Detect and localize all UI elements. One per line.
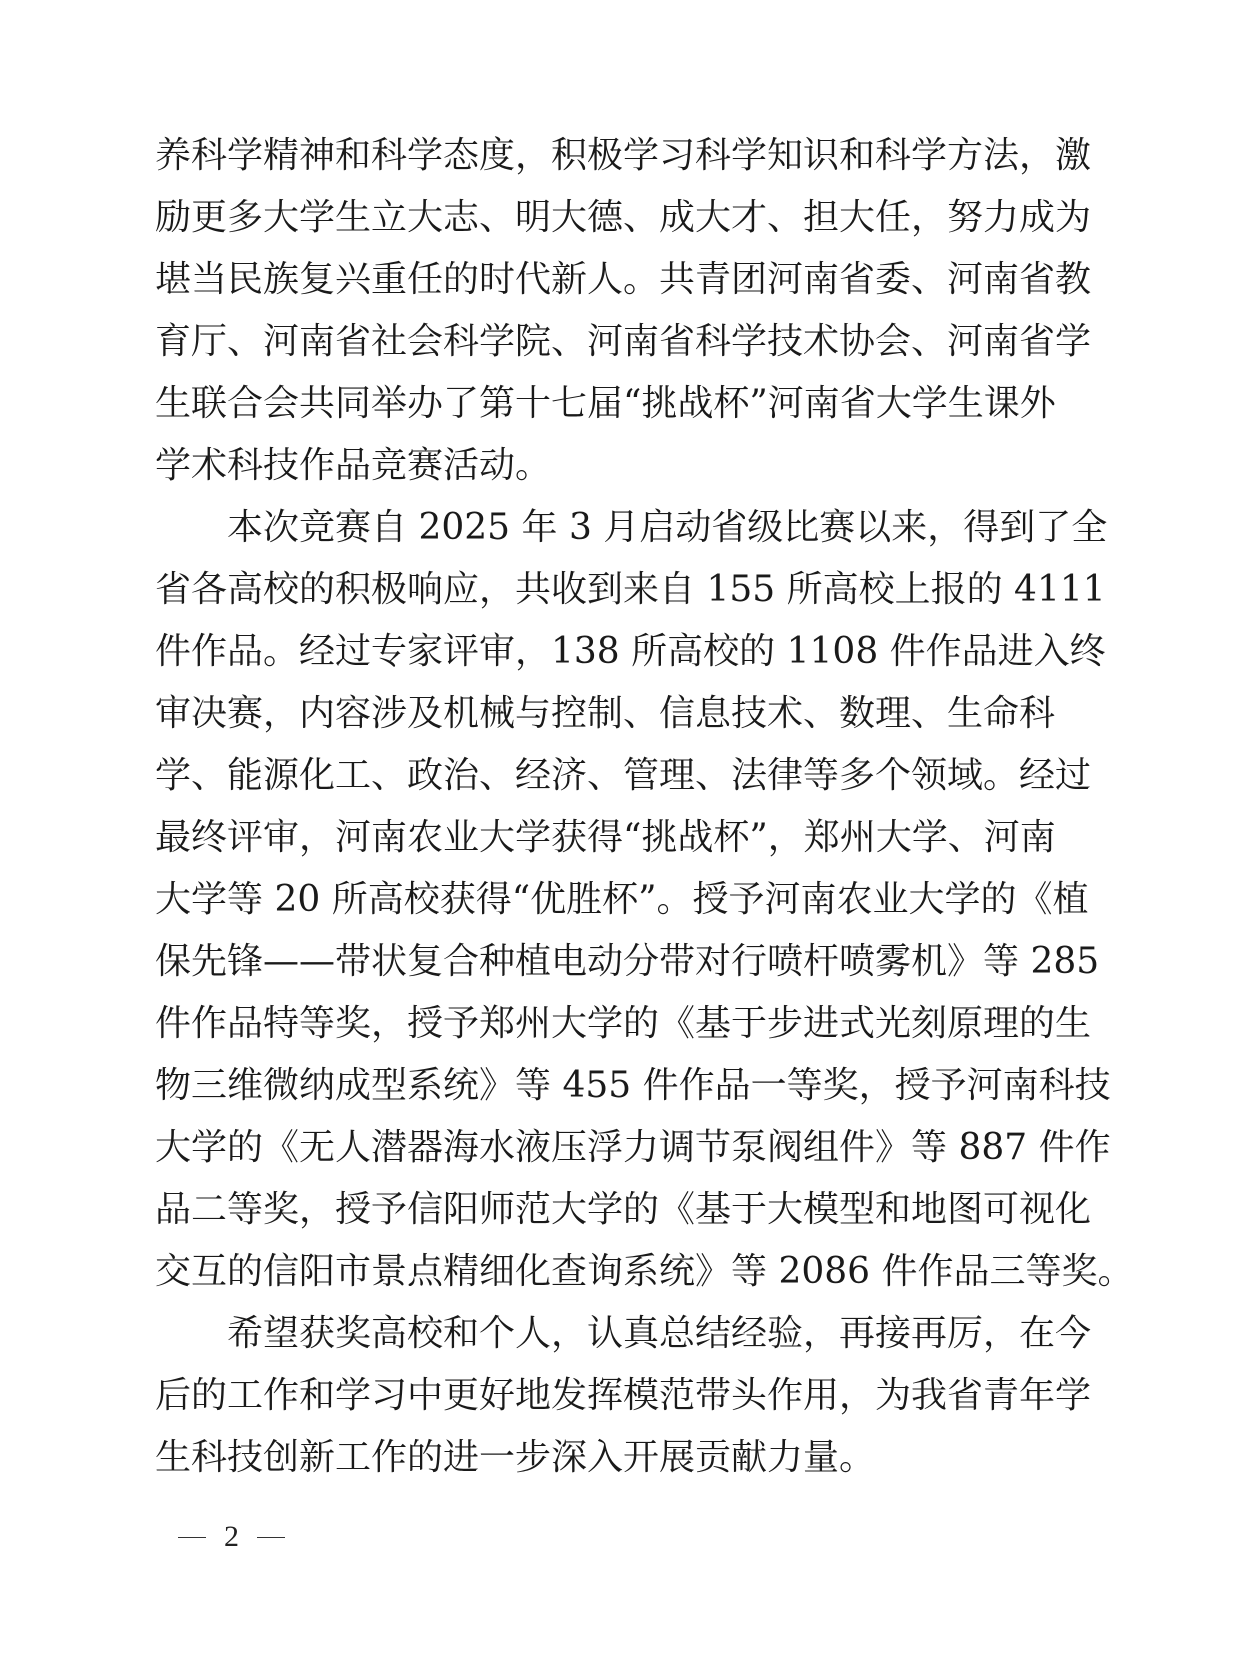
- text-line: 养科学精神和科学态度，积极学习科学知识和科学方法，激: [155, 125, 1030, 187]
- text-line: 大学的《无人潜器海水液压浮力调节泵阀组件》等 887 件作: [155, 1117, 1030, 1179]
- text-line: 堪当民族复兴重任的时代新人。共青团河南省委、河南省教: [155, 249, 1030, 311]
- text-line: 本次竞赛自 2025 年 3 月启动省级比赛以来，得到了全: [155, 497, 1030, 559]
- page-number: 2: [178, 1520, 285, 1554]
- paragraph: 养科学精神和科学态度，积极学习科学知识和科学方法，激励更多大学生立大志、明大德、…: [155, 125, 1030, 497]
- text-line: 件作品。经过专家评审，138 所高校的 1108 件作品进入终: [155, 621, 1030, 683]
- text-line: 审决赛，内容涉及机械与控制、信息技术、数理、生命科: [155, 683, 1030, 745]
- text-line: 品二等奖，授予信阳师范大学的《基于大模型和地图可视化: [155, 1179, 1030, 1241]
- page-number-value: 2: [224, 1520, 239, 1554]
- text-line: 大学等 20 所高校获得“优胜杯”。授予河南农业大学的《植: [155, 869, 1030, 931]
- text-line: 励更多大学生立大志、明大德、成大才、担大任，努力成为: [155, 187, 1030, 249]
- text-line: 最终评审，河南农业大学获得“挑战杯”，郑州大学、河南: [155, 807, 1030, 869]
- text-line: 学术科技作品竞赛活动。: [155, 435, 1030, 497]
- text-line: 件作品特等奖，授予郑州大学的《基于步进式光刻原理的生: [155, 993, 1030, 1055]
- text-line: 学、能源化工、政治、经济、管理、法律等多个领域。经过: [155, 745, 1030, 807]
- text-line: 育厅、河南省社会科学院、河南省科学技术协会、河南省学: [155, 311, 1030, 373]
- text-line: 物三维微纳成型系统》等 455 件作品一等奖，授予河南科技: [155, 1055, 1030, 1117]
- text-line: 保先锋——带状复合种植电动分带对行喷杆喷雾机》等 285: [155, 931, 1030, 993]
- document-page: 养科学精神和科学态度，积极学习科学知识和科学方法，激励更多大学生立大志、明大德、…: [0, 0, 1260, 1680]
- text-line: 交互的信阳市景点精细化查询系统》等 2086 件作品三等奖。: [155, 1241, 1030, 1303]
- text-line: 生联合会共同举办了第十七届“挑战杯”河南省大学生课外: [155, 373, 1030, 435]
- text-line: 后的工作和学习中更好地发挥模范带头作用，为我省青年学: [155, 1365, 1030, 1427]
- body-text: 养科学精神和科学态度，积极学习科学知识和科学方法，激励更多大学生立大志、明大德、…: [155, 125, 1030, 1489]
- page-number-dash-left: [178, 1537, 206, 1538]
- text-line: 生科技创新工作的进一步深入开展贡献力量。: [155, 1427, 1030, 1489]
- page-number-dash-right: [257, 1537, 285, 1538]
- paragraph: 本次竞赛自 2025 年 3 月启动省级比赛以来，得到了全省各高校的积极响应，共…: [155, 497, 1030, 1303]
- text-line: 省各高校的积极响应，共收到来自 155 所高校上报的 4111: [155, 559, 1030, 621]
- text-line: 希望获奖高校和个人，认真总结经验，再接再厉，在今: [155, 1303, 1030, 1365]
- paragraph: 希望获奖高校和个人，认真总结经验，再接再厉，在今后的工作和学习中更好地发挥模范带…: [155, 1303, 1030, 1489]
